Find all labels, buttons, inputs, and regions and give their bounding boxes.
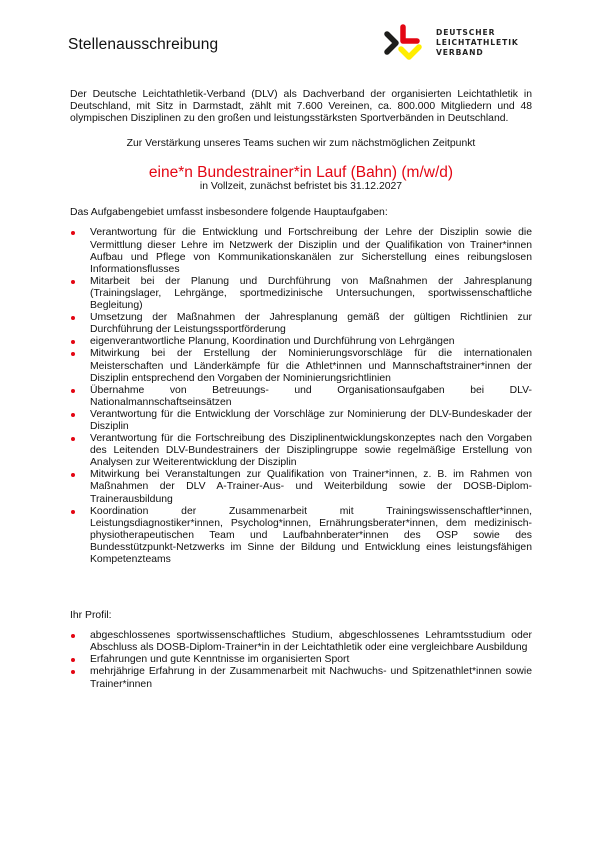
document-page: Stellenausschreibung DEUTSCHER LEICHTATH… (0, 0, 595, 842)
list-item: Mitarbeit bei der Planung und Durchführu… (70, 276, 532, 312)
list-item: Erfahrungen und gute Kenntnisse im organ… (70, 654, 532, 666)
list-item: Mitwirkung bei Veranstaltungen zur Quali… (70, 469, 532, 505)
logo-line: DEUTSCHER (436, 28, 519, 38)
lead-sentence: Zur Verstärkung unseres Teams suchen wir… (70, 138, 532, 150)
tasks-heading: Das Aufgabengebiet umfasst insbesondere … (70, 207, 532, 219)
dlv-logo-icon (381, 22, 429, 68)
list-item: Verantwortung für die Fortschreibung des… (70, 433, 532, 469)
bullet-icon (71, 634, 75, 638)
list-item: Verantwortung für die Entwicklung der Vo… (70, 409, 532, 433)
list-item: Koordination der Zusammenarbeit mit Trai… (70, 506, 532, 566)
bullet-icon (71, 658, 75, 662)
bullet-icon (71, 670, 75, 674)
bullet-icon (71, 340, 75, 344)
bullet-icon (71, 231, 75, 235)
dlv-logo: DEUTSCHER LEICHTATHLETIK VERBAND (381, 22, 521, 68)
bullet-icon (71, 437, 75, 441)
tasks-list: Verantwortung für die Entwicklung und Fo… (70, 227, 532, 566)
bullet-icon (71, 352, 75, 356)
intro-paragraph: Der Deutsche Leichtathletik-Verband (DLV… (70, 89, 532, 125)
document-title: Stellenausschreibung (68, 36, 218, 54)
list-item: Übernahme von Betreuungs- und Organisati… (70, 385, 532, 409)
bullet-icon (71, 280, 75, 284)
position-title: eine*n Bundestrainer*in Lauf (Bahn) (m/w… (70, 164, 532, 181)
bullet-icon (71, 510, 75, 514)
profile-heading: Ihr Profil: (70, 610, 532, 622)
document-body: Der Deutsche Leichtathletik-Verband (DLV… (70, 89, 532, 691)
logo-wordmark: DEUTSCHER LEICHTATHLETIK VERBAND (436, 28, 519, 58)
list-item: Verantwortung für die Entwicklung und Fo… (70, 227, 532, 275)
list-item: Mitwirkung bei der Erstellung der Nomini… (70, 348, 532, 384)
bullet-icon (71, 413, 75, 417)
profile-list: abgeschlossenes sportwissenschaftliches … (70, 630, 532, 690)
list-item: Umsetzung der Maßnahmen der Jahresplanun… (70, 312, 532, 336)
logo-line: LEICHTATHLETIK (436, 38, 519, 48)
position-subtitle: in Vollzeit, zunächst befristet bis 31.1… (70, 181, 532, 193)
bullet-icon (71, 473, 75, 477)
list-item: mehrjährige Erfahrung in der Zusammenarb… (70, 666, 532, 690)
logo-line: VERBAND (436, 48, 519, 58)
bullet-icon (71, 316, 75, 320)
bullet-icon (71, 389, 75, 393)
list-item: abgeschlossenes sportwissenschaftliches … (70, 630, 532, 654)
list-item: eigenverantwortliche Planung, Koordinati… (70, 336, 532, 348)
